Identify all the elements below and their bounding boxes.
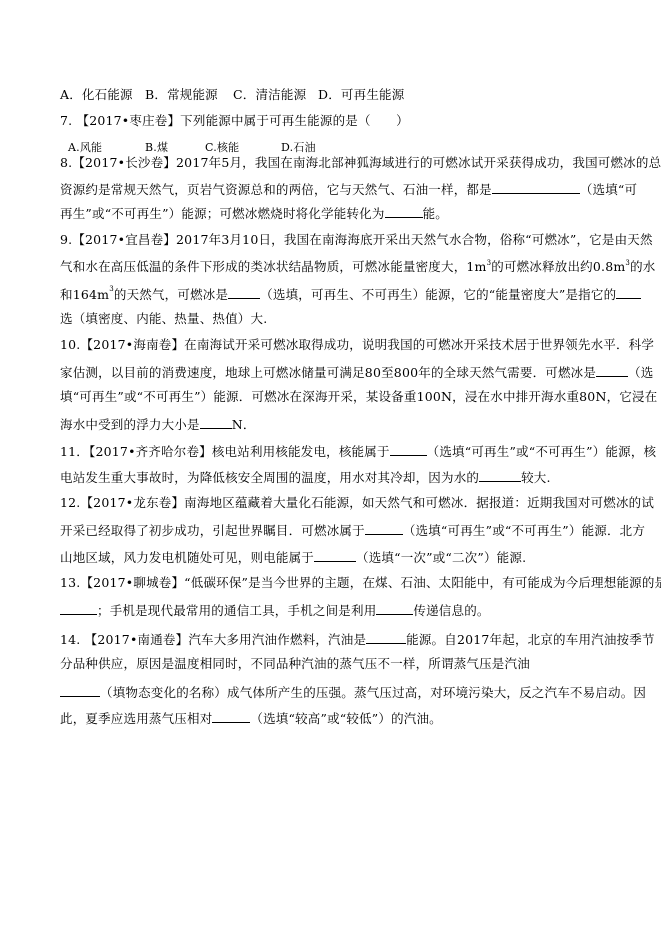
- q14-text: 14. 【2017•南通卷】汽车大多用汽油作燃料，汽油是: [60, 632, 366, 647]
- q11-text: （选填“可再生”或“不可再生”）能源，核: [427, 444, 657, 459]
- q11-line-1: 11．【2017•齐齐哈尔卷】核电站利用核能发电，核能属于（选填“可再生”或“不…: [60, 442, 656, 460]
- q9-text: 的水: [630, 259, 655, 274]
- q10-line-1: 10.【2017•海南卷】在南海试开采可燃冰取得成功，说明我国的可燃冰开采技术居…: [60, 337, 654, 353]
- q14-blank-3[interactable]: [212, 709, 250, 723]
- q9-line-2: 气和水在高压低温的条件下形成的类冰状结晶物质，可燃冰能量密度大，1m3的可燃冰释…: [60, 259, 655, 275]
- q11-blank-2[interactable]: [479, 468, 521, 482]
- q14-line-2: 分品种供应，原因是温度相同时，不同品种汽油的蒸气压不一样，所谓蒸气压是汽油: [60, 656, 530, 672]
- q10-text: （选: [628, 365, 653, 380]
- q6-option-a: A．化石能源: [60, 87, 145, 103]
- q13-blank-1[interactable]: [60, 601, 97, 615]
- q8-blank-1[interactable]: [492, 180, 580, 194]
- q7-option-c: C.核能: [205, 140, 281, 156]
- q10-blank-1[interactable]: [596, 363, 628, 377]
- q9-text: 和164m: [60, 287, 109, 302]
- q12-text: （选填“一次”或“二次”）能源.: [356, 550, 526, 565]
- q12-blank-1[interactable]: [365, 521, 403, 535]
- q6-option-b: B．常规能源: [145, 87, 233, 103]
- q14-text: 此，夏季应选用蒸气压相对: [60, 711, 212, 726]
- q13-line-1: 13.【2017•聊城卷】“低碳环保”是当今世界的主题，在煤、石油、太阳能中，有…: [60, 575, 661, 591]
- q8-line-3: 再生”或“不可再生”）能源；可燃冰燃烧时将化学能转化为能。: [60, 204, 448, 222]
- q8-line-2: 资源约是常规天然气，页岩气资源总和的两倍，它与天然气、石油一样，都是（选填“可: [60, 180, 637, 198]
- q14-blank-1[interactable]: [366, 630, 406, 644]
- q9-blank-1[interactable]: [228, 285, 260, 299]
- q14-text: 能源。自2017年起，北京的车用汽油按季节: [406, 632, 655, 647]
- q14-line-4: 此，夏季应选用蒸气压相对（选填“较高”或“较低”）的汽油。: [60, 709, 442, 727]
- q13-line-2: ；手机是现代最常用的通信工具，手机之间是利用传递信息的。: [60, 601, 490, 619]
- q14-text: （填物态变化的名称）成气体所产生的压强。蒸气压过高，对环境污染大，反之汽车不易启…: [100, 685, 646, 700]
- q9-text: 气和水在高压低温的条件下形成的类冰状结晶物质，可燃冰能量密度大，1m: [60, 259, 487, 274]
- q11-line-2: 电站发生重大事故时，为降低核安全周围的温度，用水对其冷却，因为水的较大.: [60, 468, 551, 486]
- q10-line-2: 家估测，以目前的消费速度，地球上可燃冰储量可满足80至800年的全球天然气需要．…: [60, 363, 653, 381]
- q12-line-2: 开采已经取得了初步成功，引起世界瞩目．可燃冰属于（选填“可再生”或“不可再生”）…: [60, 521, 645, 539]
- q8-text: 再生”或“不可再生”）能源；可燃冰燃烧时将化学能转化为: [60, 206, 385, 221]
- q8-text: （选填“可: [580, 182, 637, 197]
- q13-text: 传递信息的。: [413, 603, 489, 618]
- q8-text: 能。: [423, 206, 448, 221]
- q10-blank-2[interactable]: [200, 415, 232, 429]
- q8-line-1: 8.【2017•长沙卷】2017年5月，我国在南海北部神狐海域进行的可燃冰试开采…: [60, 155, 661, 171]
- q12-line-1: 12.【2017•龙东卷】南海地区蕴藏着大量化石能源，如天然气和可燃冰．据报道：…: [60, 495, 654, 511]
- q10-line-3: 填“可再生”或“不可再生”）能源．可燃冰在深海开采，某设备重100N，浸在水中排…: [60, 389, 657, 405]
- q7-stem: 7. 【2017•枣庄卷】下列能源中属于可再生能源的是（ ）: [60, 113, 409, 129]
- q9-line-1: 9.【2017•宜昌卷】2017年3月10日，我国在南海海底开采出天然气水合物，…: [60, 232, 653, 248]
- q8-text: 资源约是常规天然气，页岩气资源总和的两倍，它与天然气、石油一样，都是: [60, 182, 492, 197]
- q9-blank-2[interactable]: [616, 285, 641, 299]
- q12-text: （选填“可再生”或“不可再生”）能源．北方: [403, 523, 645, 538]
- q14-blank-2[interactable]: [60, 683, 100, 697]
- q14-text: （选填“较高”或“较低”）的汽油。: [250, 711, 441, 726]
- q11-blank-1[interactable]: [390, 442, 427, 456]
- q9-text: 的天然气，可燃冰是: [114, 287, 228, 302]
- q13-blank-2[interactable]: [376, 601, 413, 615]
- q10-text: N．: [232, 417, 256, 432]
- q12-blank-2[interactable]: [314, 548, 356, 562]
- q10-text: 海水中受到的浮力大小是: [60, 417, 200, 432]
- q7-options: A.风能B.煤C.核能D.石油: [68, 140, 316, 156]
- q13-text: ；手机是现代最常用的通信工具，手机之间是利用: [97, 603, 376, 618]
- q10-text: 家估测，以目前的消费速度，地球上可燃冰储量可满足80至800年的全球天然气需要．…: [60, 365, 596, 380]
- q9-text: 的可燃冰释放出约0.8m: [491, 259, 625, 274]
- q7-option-d: D.石油: [281, 140, 316, 156]
- q9-line-4: 选（填密度、内能、热量、热值）大.: [60, 311, 267, 327]
- q6-option-c: C．清洁能源: [233, 87, 318, 103]
- q6-options: A．化石能源B．常规能源C．清洁能源D．可再生能源: [60, 87, 404, 103]
- q14-line-1: 14. 【2017•南通卷】汽车大多用汽油作燃料，汽油是能源。自2017年起，北…: [60, 630, 655, 648]
- q12-text: 开采已经取得了初步成功，引起世界瞩目．可燃冰属于: [60, 523, 365, 538]
- q7-option-a: A.风能: [68, 140, 145, 156]
- q10-line-4: 海水中受到的浮力大小是N．: [60, 415, 256, 433]
- q9-text: （选填，可再生、不可再生）能源，它的“能量密度大”是指它的: [260, 287, 616, 302]
- q6-option-d: D．可再生能源: [318, 87, 404, 103]
- q12-line-3: 山地区域，风力发电机随处可见，则电能属于（选填“一次”或“二次”）能源.: [60, 548, 526, 566]
- q12-text: 山地区域，风力发电机随处可见，则电能属于: [60, 550, 314, 565]
- q11-text: 11．【2017•齐齐哈尔卷】核电站利用核能发电，核能属于: [60, 444, 390, 459]
- q11-text: 电站发生重大事故时，为降低核安全周围的温度，用水对其冷却，因为水的: [60, 470, 479, 485]
- q11-text: 较大.: [521, 470, 551, 485]
- q7-option-b: B.煤: [145, 140, 205, 156]
- q9-line-3: 和164m3的天然气，可燃冰是（选填，可再生、不可再生）能源，它的“能量密度大”…: [60, 285, 641, 303]
- q8-blank-2[interactable]: [385, 204, 423, 218]
- q14-line-3: （填物态变化的名称）成气体所产生的压强。蒸气压过高，对环境污染大，反之汽车不易启…: [60, 683, 646, 701]
